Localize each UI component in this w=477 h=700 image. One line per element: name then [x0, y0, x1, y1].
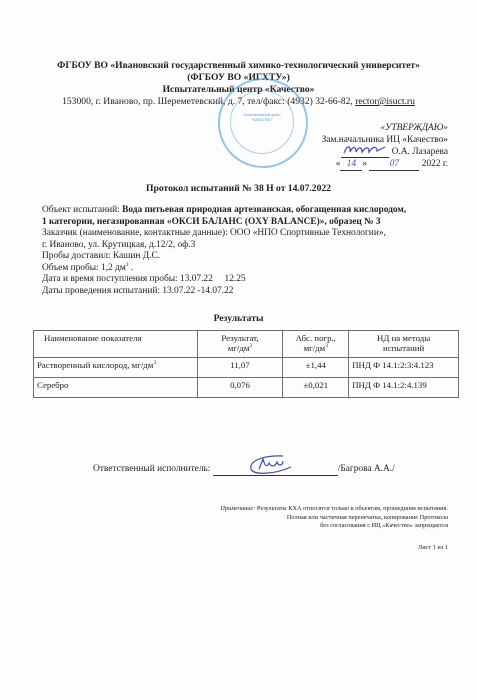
cell-name: Растворенный кислород, мг/дм3 [34, 358, 198, 378]
customer-line1: Заказчик (наименование, контактные данны… [42, 228, 386, 240]
approval-year: 2022 г. [422, 159, 448, 169]
org-name: ФГБОУ ВО «Ивановский государственный хим… [0, 60, 477, 72]
col-header-method: НД на методыиспытаний [349, 331, 459, 358]
table-row: Серебро 0,076 ±0,021 ПНД Ф 14.1:2:4.139 [34, 378, 459, 398]
cell-method: ПНД Ф 14.1:2:3:4.123 [349, 358, 459, 378]
row-name: Серебро [37, 380, 68, 390]
volume-tail: . [129, 263, 134, 273]
sample-volume: Объем пробы: 1,2 дм3 . [42, 263, 133, 275]
col-header-name: Наименование показателя [34, 331, 198, 358]
cell-name: Серебро [34, 378, 198, 398]
address-text: 153000, г. Иваново, пр. Шереметевский, д… [62, 96, 355, 107]
col-header-result: Результат,мг/дм3 [197, 331, 283, 358]
col-header-result-sup: 3 [249, 343, 252, 349]
note-line2: Полная или частичная перепечатка, копиро… [180, 514, 448, 522]
results-table: Наименование показателя Результат,мг/дм3… [33, 330, 459, 398]
executor-signature-field [213, 465, 338, 476]
col-header-error-sup: 3 [325, 343, 328, 349]
volume-label: Объем пробы: 1,2 дм [42, 263, 126, 273]
executor-label: Ответственный исполнитель: [93, 464, 210, 474]
cell-result: 0,076 [197, 378, 283, 398]
object-label: Объект испытаний: [42, 205, 122, 215]
test-dates: Даты проведения испытаний: 13.07.22 -14.… [42, 286, 233, 298]
delivered-by: Пробы доставил: Кашин Д.С. [42, 251, 160, 263]
signature-icon [341, 143, 389, 157]
page-number: Лист 1 из 1 [180, 544, 448, 552]
row-name: Растворенный кислород, мг/дм [37, 360, 153, 370]
note-line3: без согласования с ИЦ «Качество» запреща… [180, 522, 448, 530]
row-name-sup: 3 [153, 360, 156, 366]
results-header-row: Наименование показателя Результат,мг/дм3… [34, 331, 459, 358]
signature-icon [243, 453, 303, 477]
note-text-1: Результаты КХА относятся только к объект… [255, 505, 448, 512]
email-link[interactable]: rector@isuct.ru [355, 96, 415, 107]
customer-line2: г. Иваново, ул. Крутицкая, д.12/2, оф.3 [42, 240, 195, 252]
org-short-name: (ФГБОУ ВО «ИГХТУ») [0, 72, 477, 84]
cell-result: 11,07 [197, 358, 283, 378]
object-line2: 1 категории, негазированная «ОКСИ БАЛАНС… [42, 217, 381, 229]
approval-month: 07 [369, 158, 419, 171]
col-header-name-label: Наименование показателя [44, 333, 142, 343]
note-prefix: Примечание: [220, 505, 255, 512]
approval-signature-field [341, 147, 389, 158]
stamp-inner-ring: Испытательный центр "КАЧЕСТВО" [230, 90, 294, 154]
cell-error: ±1,44 [283, 358, 349, 378]
approval-day: 14 [340, 158, 362, 171]
executor-name: /Багрова А.А./ [338, 464, 395, 474]
col-header-error: Абс. погр.,мг/дм3 [283, 331, 349, 358]
note-line1: Примечание: Результаты КХА относятся тол… [180, 505, 448, 513]
approval-title: «УТВЕРЖДАЮ» [300, 122, 448, 134]
results-title: Результаты [0, 313, 477, 324]
object-value: Вода питьевая природная артезианская, об… [122, 205, 406, 215]
responsible-executor: Ответственный исполнитель: /Багрова А.А.… [93, 464, 395, 476]
approval-name: О.А. Лазарева [392, 147, 448, 157]
stamp-text-line2: "КАЧЕСТВО" [231, 118, 293, 123]
approval-date: «14» 07 2022 г. [300, 158, 448, 171]
cell-error: ±0,021 [283, 378, 349, 398]
approval-name-line: О.А. Лазарева [300, 146, 448, 158]
cell-method: ПНД Ф 14.1:2:4.139 [349, 378, 459, 398]
received-datetime: Дата и время поступления пробы: 13.07.22… [42, 274, 246, 286]
round-stamp: Испытательный центр "КАЧЕСТВО" [218, 78, 308, 168]
object-line1: Объект испытаний: Вода питьевая природна… [42, 205, 406, 217]
protocol-title: Протокол испытаний № 38 Н от 14.07.2022 [0, 183, 477, 194]
table-row: Растворенный кислород, мг/дм3 11,07 ±1,4… [34, 358, 459, 378]
